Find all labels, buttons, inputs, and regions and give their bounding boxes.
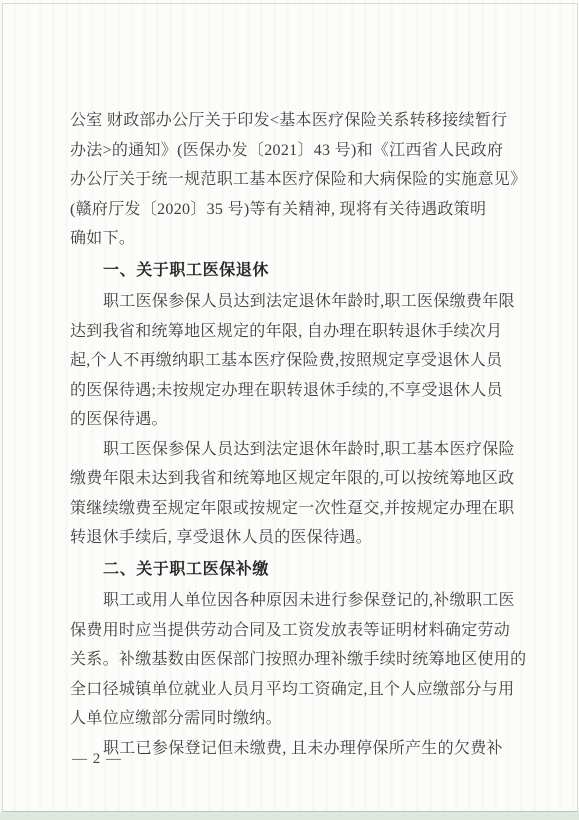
text-line: 的医保待遇;未按规定办理在职转退休手续的,不享受退休人员 [70,376,522,406]
section-heading-1: 一、关于职工医保退休 [70,256,522,286]
text-line: 起,个人不再缴纳职工基本医疗保险费,按照规定享受退休人员 [70,346,522,376]
text-line: 人单位应缴部分需同时缴纳。 [70,704,522,734]
text-line: 职工医保参保人员达到法定退休年龄时,职工基本医疗保险 [70,435,522,465]
text-line: 的医保待遇。 [70,405,522,435]
text-line: 缴费年限未达到我省和统筹地区规定年限的,可以按统筹地区政 [70,464,522,494]
text-line: 职工或用人单位因各种原因未进行参保登记的,补缴职工医 [70,586,522,616]
text-line: (赣府厅发〔2020〕35 号)等有关精神, 现将有关待遇政策明 [70,195,522,225]
text-line: 职工已参保登记但未缴费, 且未办理停保所产生的欠费补 [70,734,522,764]
scan-bottom-band [0,812,579,820]
text-line: 公室 财政部办公厅关于印发<基本医疗保险关系转移接续暂行 [70,106,522,136]
text-line: 全口径城镇单位就业人员月平均工资确定,且个人应缴部分与用 [70,675,522,705]
text-line: 达到我省和统筹地区规定的年限, 自办理在职转退休手续次月 [70,317,522,347]
text-line: 转退休手续后, 享受退休人员的医保待遇。 [70,523,522,553]
text-line: 确如下。 [70,224,522,254]
text-line: 办公厅关于统一规范职工基本医疗保险和大病保险的实施意见》 [70,165,522,195]
document-body: 公室 财政部办公厅关于印发<基本医疗保险关系转移接续暂行 办法>的通知》(医保办… [70,106,522,763]
scanned-document-page: 公室 财政部办公厅关于印发<基本医疗保险关系转移接续暂行 办法>的通知》(医保办… [0,0,579,820]
text-line: 职工医保参保人员达到法定退休年龄时,职工医保缴费年限 [70,287,522,317]
section-heading-2: 二、关于职工医保补缴 [70,555,522,585]
text-line: 关系。补缴基数由医保部门按照办理补缴手续时统筹地区使用的 [70,645,522,675]
page-number: — 2 — [72,751,122,768]
text-line: 策继续缴费至规定年限或按规定一次性趸交,并按规定办理在职 [70,494,522,524]
text-line: 保费用时应当提供劳动合同及工资发放表等证明材料确定劳动 [70,616,522,646]
text-line: 办法>的通知》(医保办发〔2021〕43 号)和《江西省人民政府 [70,136,522,166]
